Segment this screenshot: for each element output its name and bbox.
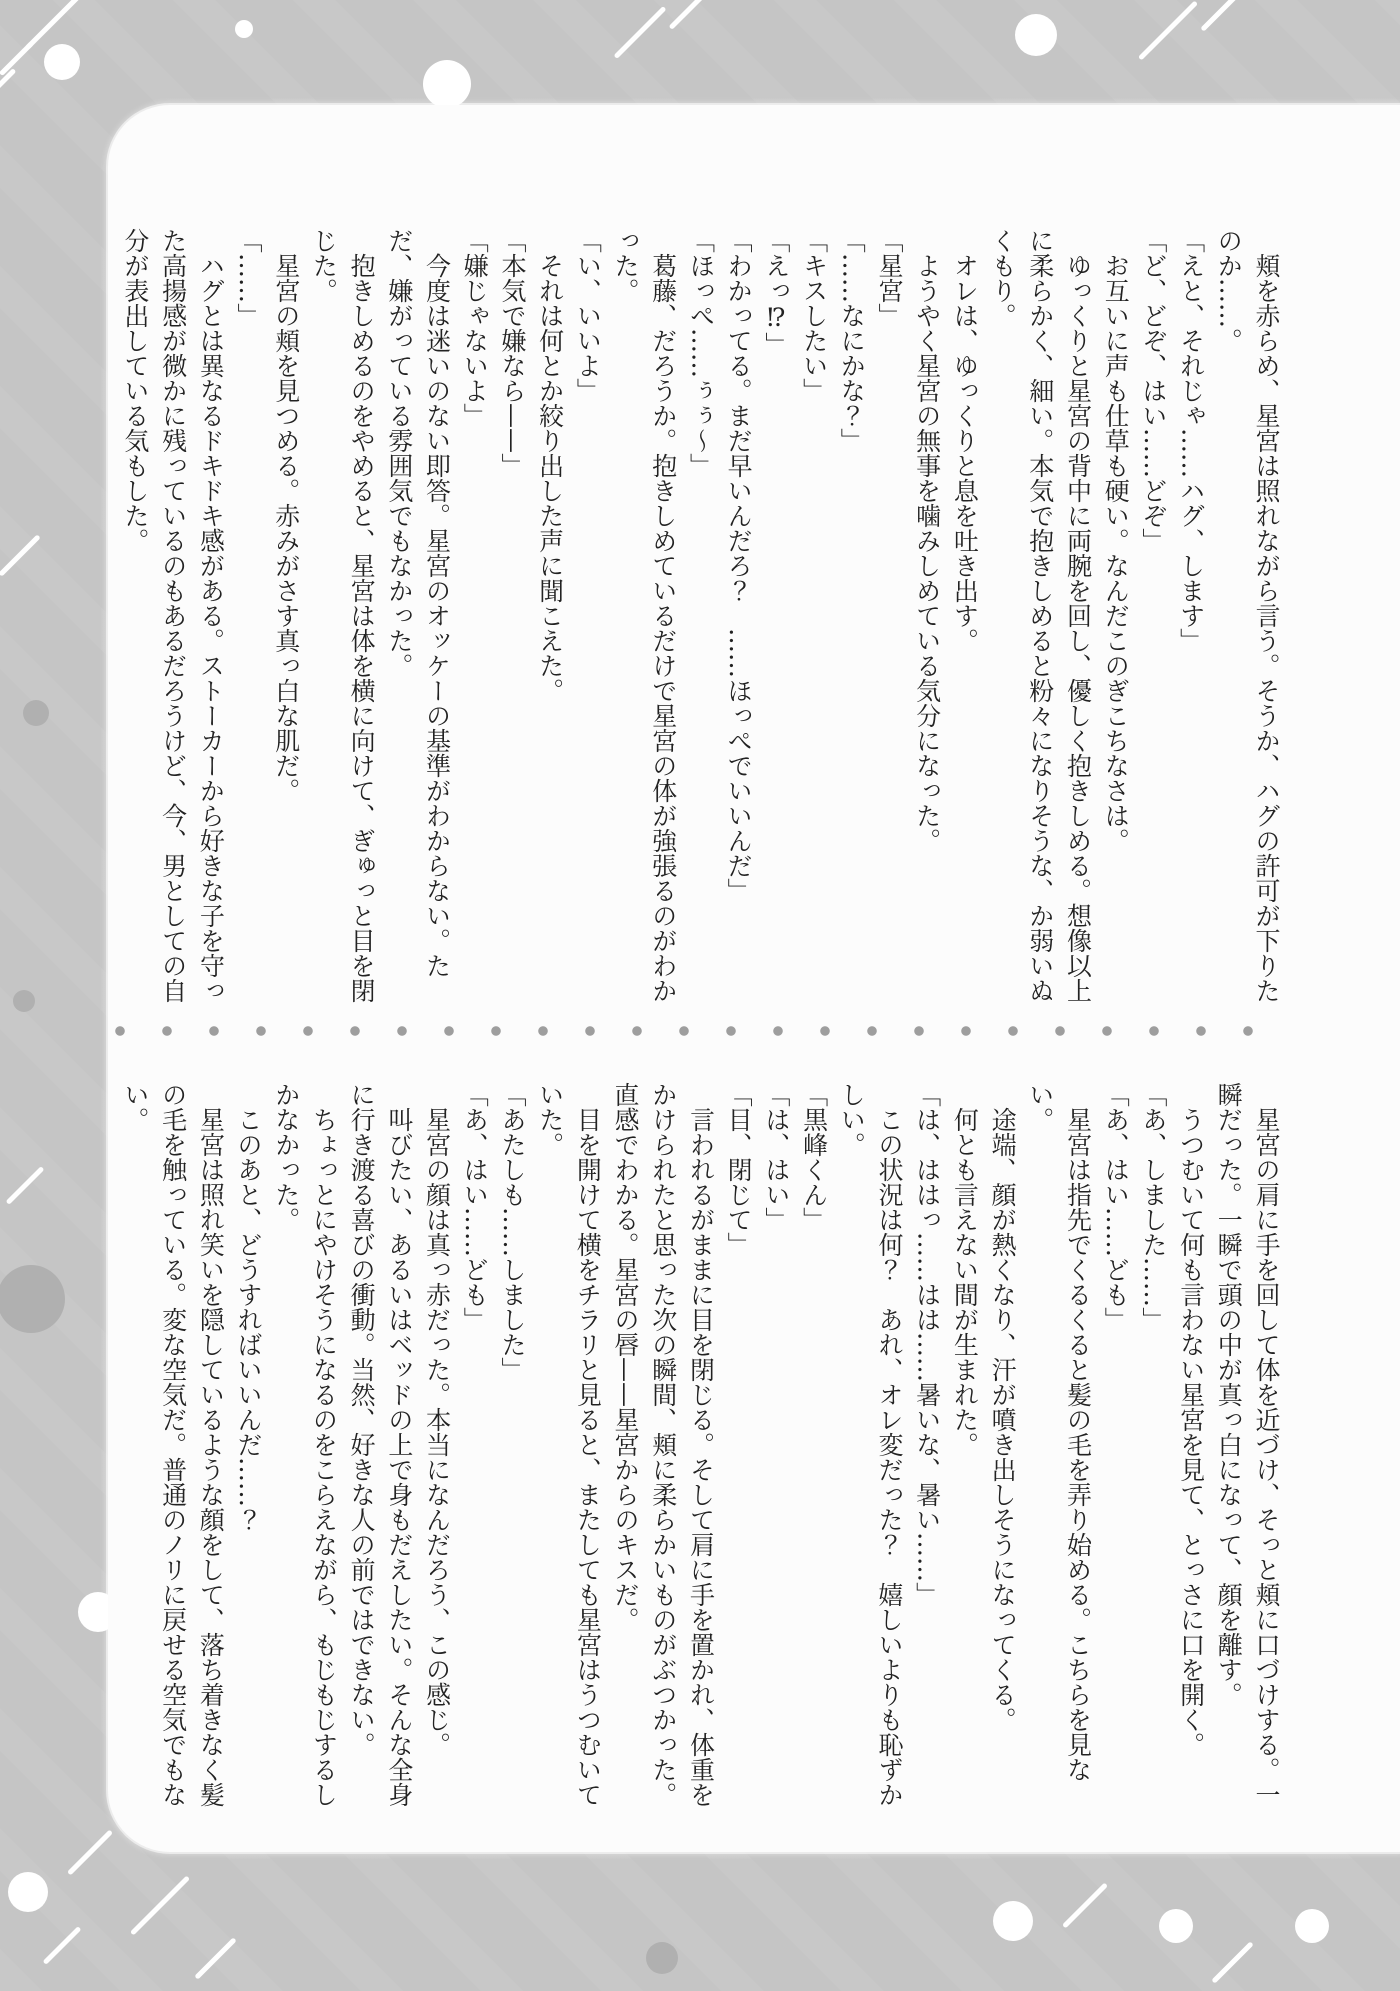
- paragraph: 「あ、はい……ども」: [456, 1082, 494, 1822]
- decor-dash-icon: [6, 1166, 45, 1205]
- paragraph: お互いに声も仕草も硬い。なんだこのぎこちなさは。: [1096, 228, 1134, 1008]
- decor-dash-icon: [67, 1830, 113, 1876]
- paragraph: 「……なにかな？」: [833, 228, 871, 1008]
- paragraph: 今度は迷いのない即答。星宮のオッケーの基準がわからない。ただ、嫌がっている雰囲気…: [380, 228, 455, 1008]
- decor-dash-icon: [1200, 0, 1242, 32]
- paragraph: 「……」: [229, 228, 267, 1008]
- text-section-top: 頬を赤らめ、星宮は照れながら言う。そうか、ハグの許可が下りたのか……。「えと、そ…: [115, 228, 1285, 1008]
- paragraph: うつむいて何も言わない星宮を見て、とっさに口を開く。: [1172, 1082, 1210, 1822]
- decor-circle-icon: [23, 700, 49, 726]
- paragraph: 「あ、はい……ども」: [1096, 1082, 1134, 1822]
- paragraph: 「わかってる。まだ早いんだろ？ ……ほっぺでいいんだ」: [719, 228, 757, 1008]
- decor-circle-icon: [993, 1901, 1033, 1941]
- paragraph: 「あ、しました……」: [1134, 1082, 1172, 1822]
- decor-dash-icon: [1062, 1883, 1108, 1929]
- decor-dash-icon: [25, 0, 89, 50]
- paragraph: ハグとは異なるドキドキ感がある。ストーカーから好きな子を守った高揚感が微かに残っ…: [116, 228, 229, 1008]
- paragraph: 「キスしたい」: [795, 228, 833, 1008]
- decor-dash-icon: [130, 1875, 190, 1935]
- decor-circle-icon: [423, 60, 471, 108]
- decor-dash-icon: [43, 1926, 82, 1965]
- decor-dash-icon: [1211, 1941, 1253, 1983]
- paragraph: 言われるがままに目を閉じる。そして肩に手を置かれ、体重をかけられたと思った次の瞬…: [606, 1082, 719, 1822]
- paragraph: 「嫌じゃないよ」: [456, 228, 494, 1008]
- paragraph: 「い、いいよ」: [569, 228, 607, 1008]
- paragraph: 「えっ⁉」: [757, 228, 795, 1008]
- paragraph: 「ほっぺ……ぅぅ～」: [682, 228, 720, 1008]
- decor-circle-icon: [1015, 14, 1057, 56]
- paragraph: 「は、ははっ……はは……暑いな、暑い……」: [908, 1082, 946, 1822]
- paragraph: 「は、はい」: [757, 1082, 795, 1822]
- dotted-divider: [115, 1026, 1285, 1036]
- decor-dash-icon: [669, 0, 708, 30]
- paragraph: 葛藤、だろうか。抱きしめているだけで星宮の体が強張るのがわかった。: [606, 228, 681, 1008]
- decor-circle-icon: [1295, 1909, 1329, 1943]
- paragraph: 途端、顔が熱くなり、汗が噴き出しそうになってくる。: [983, 1082, 1021, 1822]
- paragraph: オレは、ゆっくりと息を吐き出す。: [946, 228, 984, 1008]
- decor-dash-icon: [1138, 0, 1198, 60]
- paragraph: 星宮は照れ笑いを隠しているような顔をして、落ち着きなく髪の毛を触っている。変な空…: [116, 1082, 229, 1822]
- decor-circle-icon: [13, 990, 35, 1012]
- paragraph: 頬を赤らめ、星宮は照れながら言う。そうか、ハグの許可が下りたのか……。: [1210, 228, 1285, 1008]
- paragraph: 「目、閉じて」: [719, 1082, 757, 1822]
- paragraph: 星宮の顔は真っ赤だった。本当になんだろう、この感じ。: [418, 1082, 456, 1822]
- decor-dash-icon: [613, 6, 666, 59]
- paragraph: 「あたしも……しました」: [493, 1082, 531, 1822]
- paragraph: この状況は何？ あれ、オレ変だった？ 嬉しいよりも恥ずかしい。: [833, 1082, 908, 1822]
- decor-dash-icon: [0, 534, 41, 576]
- paragraph: 何とも言えない間が生まれた。: [946, 1082, 984, 1822]
- text-section-bottom: 星宮の肩に手を回して体を近づけ、そっと頬に口づけする。一瞬だった。一瞬で頭の中が…: [115, 1082, 1285, 1822]
- paragraph: このあと、どうすればいいんだ……？: [229, 1082, 267, 1822]
- paragraph: 「本気で嫌なら——」: [493, 228, 531, 1008]
- paragraph: 目を開けて横をチラリと見ると、またしても星宮はうつむいていた。: [531, 1082, 606, 1822]
- decor-circle-icon: [235, 20, 253, 38]
- paragraph: 「えと、それじゃ……ハグ、します」: [1172, 228, 1210, 1008]
- decor-circle-icon: [44, 44, 80, 80]
- paragraph: 星宮の頬を見つめる。赤みがさす真っ白な肌だ。: [267, 228, 305, 1008]
- decor-circle-icon: [646, 1942, 678, 1974]
- paragraph: ゆっくりと星宮の背中に両腕を回し、優しく抱きしめる。想像以上に柔らかく、細い。本…: [983, 228, 1096, 1008]
- paragraph: 叫びたい、あるいはベッドの上で身もだえしたい。そんな全身に行き渡る喜びの衝動。当…: [342, 1082, 417, 1822]
- paragraph: ちょっとにやけそうになるのをこらえながら、もじもじするしかなかった。: [267, 1082, 342, 1822]
- decor-circle-icon: [1159, 1909, 1193, 1943]
- paragraph: それは何とか絞り出した声に聞こえた。: [531, 228, 569, 1008]
- paragraph: 星宮の肩に手を回して体を近づけ、そっと頬に口づけする。一瞬だった。一瞬で頭の中が…: [1210, 1082, 1285, 1822]
- paragraph: というよりも、もっと積極的にいっていい気がしている。オレが、そうしたいだけかもし…: [115, 1082, 116, 1822]
- paragraph: 「ど、どぞ、はい……どぞ」: [1134, 228, 1172, 1008]
- paragraph: 「星宮」: [870, 228, 908, 1008]
- decor-circle-icon: [0, 1265, 65, 1333]
- paragraph: 抱きしめるのをやめると、星宮は体を横に向けて、ぎゅっと目を閉じた。: [305, 228, 380, 1008]
- decor-circle-icon: [8, 1872, 48, 1912]
- paper-panel: 頬を赤らめ、星宮は照れながら言う。そうか、ハグの許可が下りたのか……。「えと、そ…: [108, 105, 1400, 1852]
- paragraph: ようやく星宮の無事を噛みしめている気分になった。: [908, 228, 946, 1008]
- paragraph: 「黒峰くん」: [795, 1082, 833, 1822]
- decor-dash-icon: [0, 41, 34, 76]
- scanned-novel-page: 頬を赤らめ、星宮は照れながら言う。そうか、ハグの許可が下りたのか……。「えと、そ…: [0, 0, 1400, 1991]
- decor-dash-icon: [194, 1937, 236, 1979]
- paragraph: 星宮は指先でくるくると髪の毛を弄り始める。こちらを見ない。: [1021, 1082, 1096, 1822]
